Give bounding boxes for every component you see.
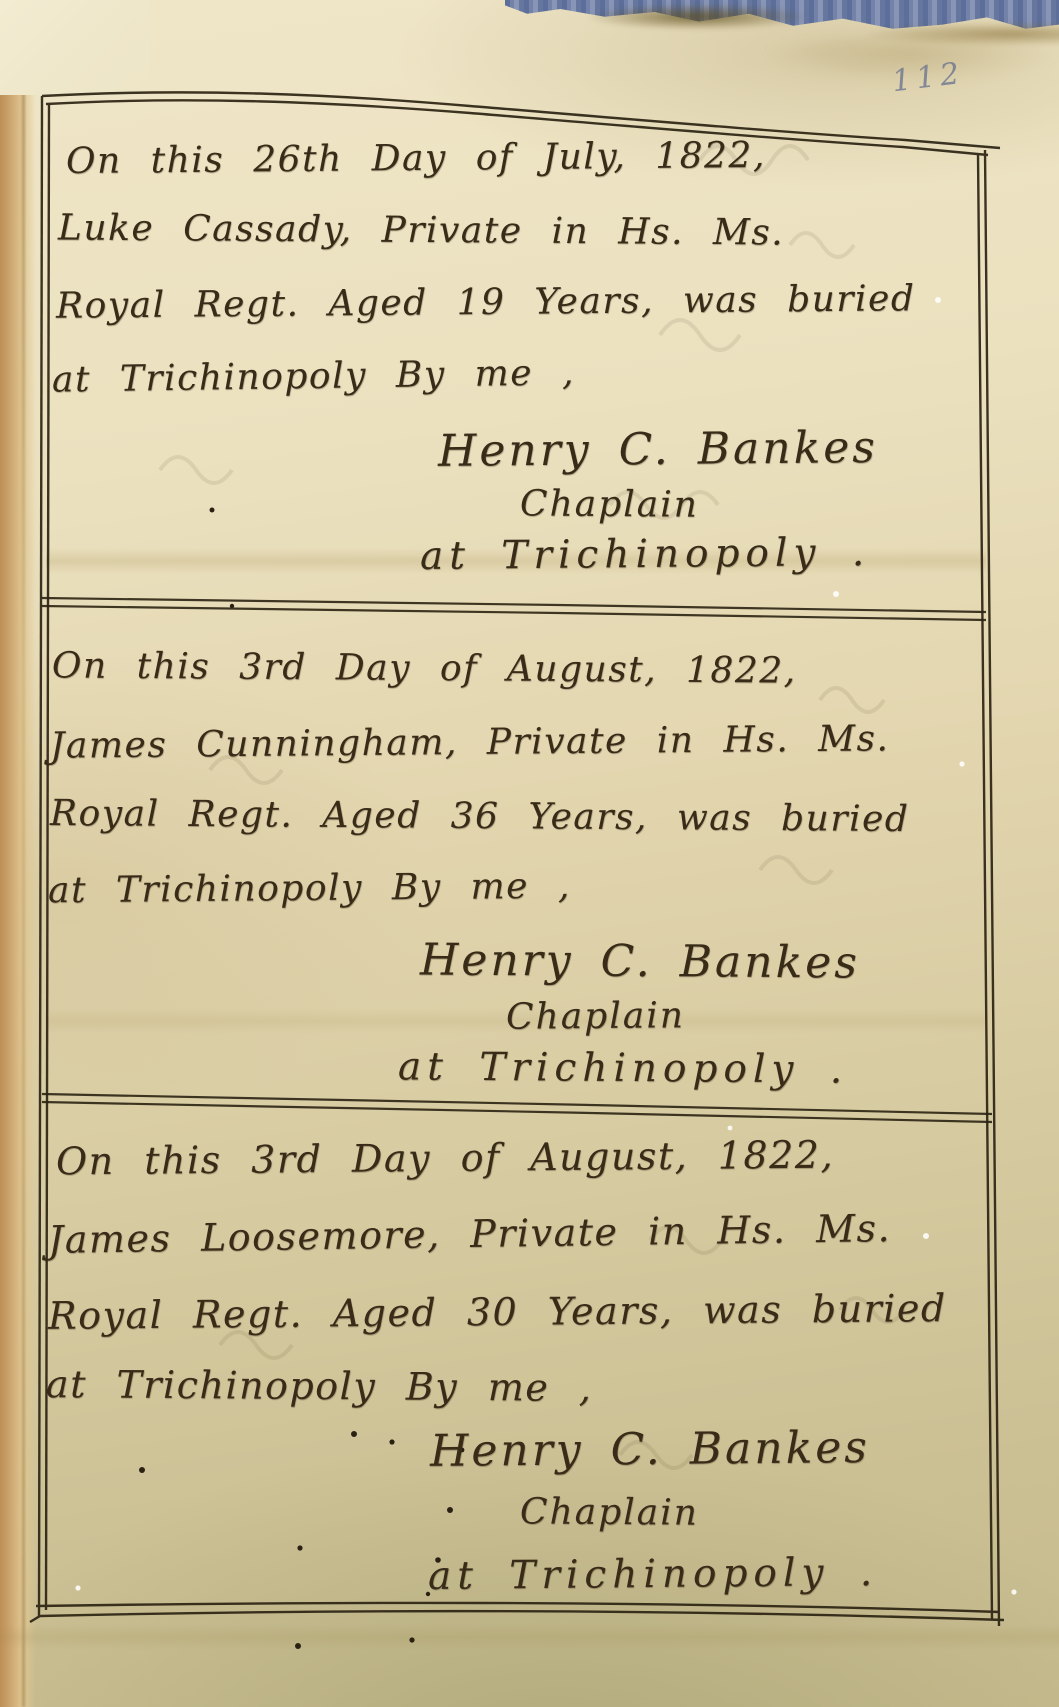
entry-3-line-1: On this 3rd Day of August, 1822,: [56, 1133, 834, 1184]
entry-2-signature-name: Henry C. Bankes: [420, 934, 860, 988]
entry-3-line-3: Royal Regt. Aged 30 Years, was buried: [48, 1286, 947, 1338]
entry-3-signature-name: Henry C. Bankes: [430, 1422, 870, 1477]
entry-2-signature-title: Chaplain: [506, 995, 685, 1038]
entry-1-line-3: Royal Regt. Aged 19 Years, was buried: [56, 278, 916, 326]
entry-1-line-4: at Trichinopoly By me ,: [52, 352, 575, 400]
entry-1-line-2: Luke Cassady, Private in Hs. Ms.: [58, 207, 784, 253]
entry-1-signature-place: at Trichinopoly .: [420, 530, 871, 579]
entry-1-signature-name: Henry C. Bankes: [438, 422, 878, 477]
entry-2-line-4: at Trichinopoly By me ,: [48, 866, 571, 912]
entry-2-line-2: James Cunningham, Private in Hs. Ms.: [50, 718, 890, 766]
entry-1-signature-title: Chaplain: [520, 483, 699, 525]
entry-2-signature-place: at Trichinopoly .: [398, 1044, 849, 1092]
entry-2-line-1: On this 3rd Day of August, 1822,: [52, 645, 797, 691]
entry-1-line-1: On this 26th Day of July, 1822,: [66, 135, 766, 182]
entry-3-signature-title: Chaplain: [520, 1491, 699, 1533]
entry-3-line-4: at Trichinopoly By me ,: [46, 1362, 593, 1410]
entry-3-signature-place: at Trichinopoly .: [428, 1550, 879, 1599]
entry-2-line-3: Royal Regt. Aged 36 Years, was buried: [50, 793, 910, 840]
burial-register-page: 112: [0, 0, 1059, 1707]
